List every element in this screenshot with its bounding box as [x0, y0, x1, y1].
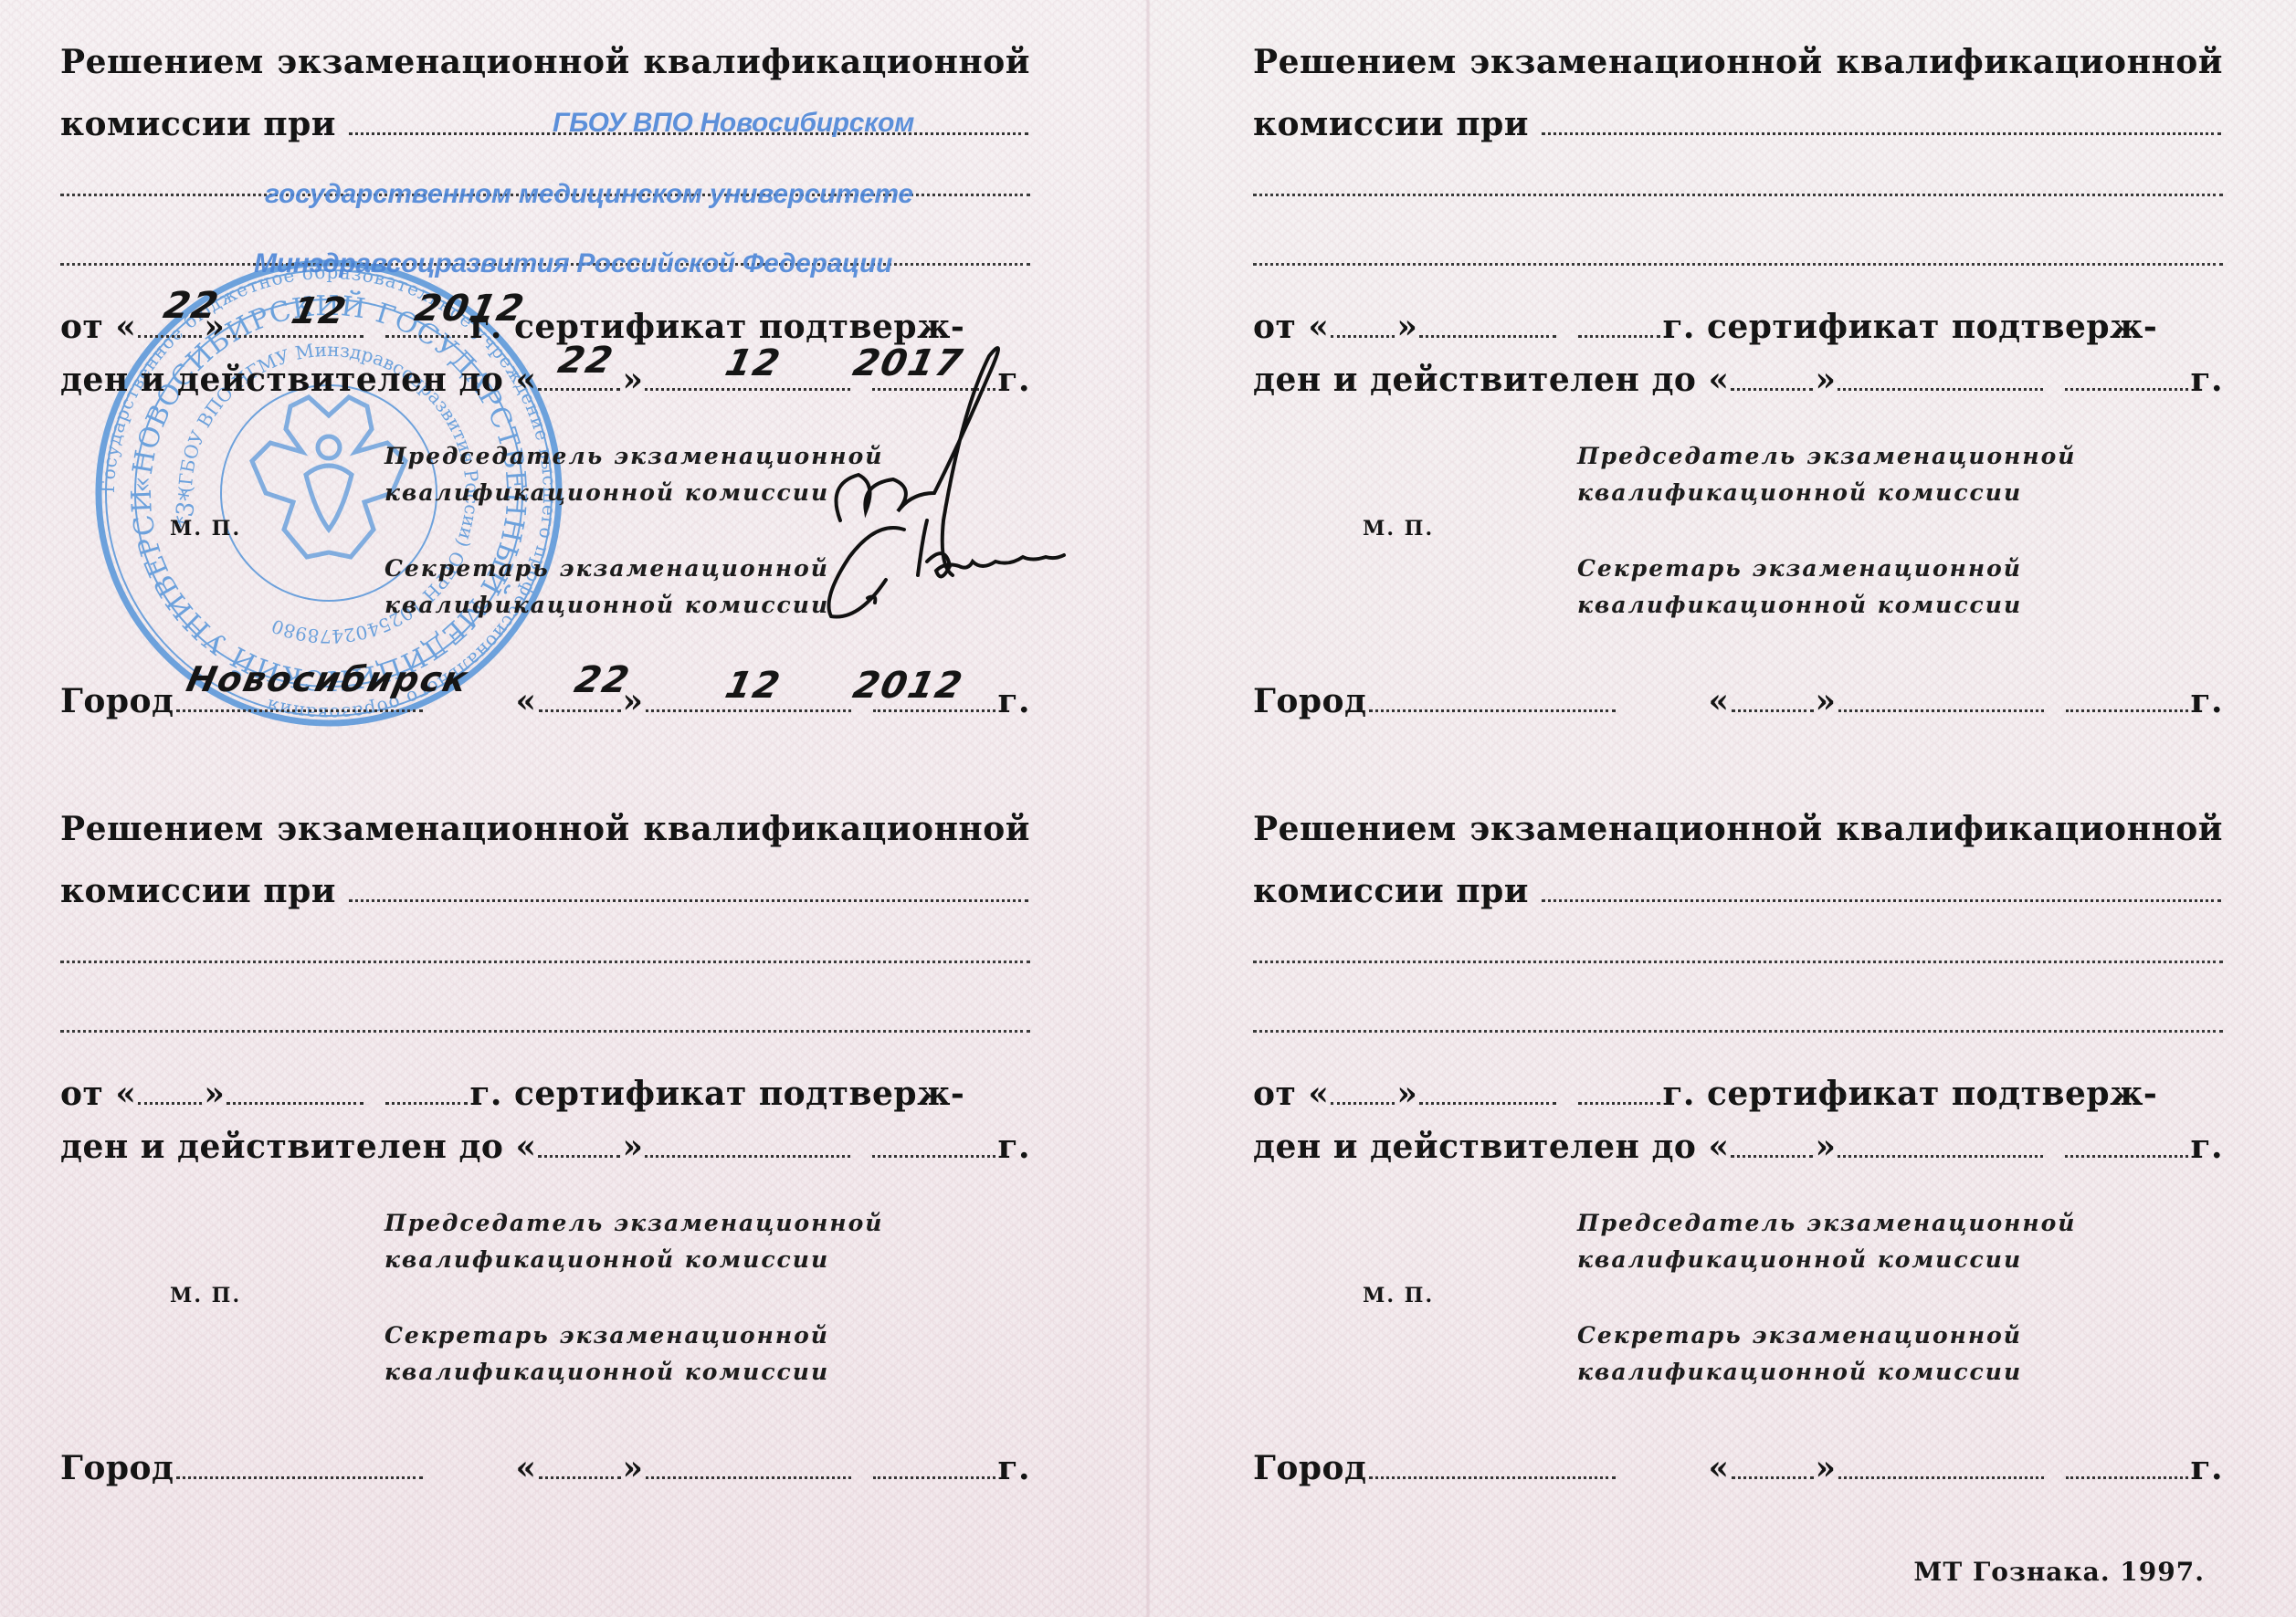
- form-heading: Решением экзаменационной квалификационно…: [60, 809, 1030, 849]
- from-year-field[interactable]: [1578, 1095, 1660, 1105]
- from-date-row: от « » г. сертификат подтверж-: [60, 1074, 1030, 1114]
- form-heading: Решением экзаменационной квалификационно…: [1253, 42, 2223, 82]
- from-month-field[interactable]: [1419, 328, 1556, 338]
- chairman-label-1: Председатель экзаменационной: [384, 1205, 883, 1242]
- chairman-label-1: Председатель экзаменационной: [1577, 438, 2076, 475]
- institution-value-2: государственном медицинском университете: [265, 179, 913, 210]
- institution-value-3: Минздравсоцразвития Российской Федерации: [254, 248, 892, 279]
- valid-day-field[interactable]: [1731, 381, 1813, 391]
- from-month-field[interactable]: [1419, 1095, 1556, 1105]
- from-year-value: 2012: [411, 288, 529, 330]
- city-year-field[interactable]: [2066, 1469, 2189, 1479]
- form-block-right-bottom: Решением экзаменационной квалификационно…: [1253, 803, 2223, 1534]
- from-year-field[interactable]: [1578, 328, 1660, 338]
- city-day-field[interactable]: [539, 1469, 621, 1479]
- from-day-field[interactable]: [138, 328, 202, 338]
- city-month-value: 12: [721, 665, 785, 707]
- institution-field-2[interactable]: [1253, 959, 2223, 963]
- institution-field-3[interactable]: [60, 1028, 1030, 1033]
- stamp-place-label: М. П.: [170, 1284, 241, 1307]
- chairman-label-2: квалификационной комиссии: [1577, 1242, 2022, 1278]
- from-day-value: 22: [160, 285, 223, 327]
- valid-year-field[interactable]: [2065, 1148, 2188, 1158]
- institution-field-2[interactable]: [1253, 192, 2223, 196]
- institution-field-3[interactable]: [1253, 261, 2223, 266]
- chairman-label-1: Председатель экзаменационной: [384, 438, 883, 475]
- city-field[interactable]: [176, 1469, 423, 1479]
- institution-field-1[interactable]: [349, 892, 1028, 902]
- valid-year-field[interactable]: [872, 1148, 995, 1158]
- printer-mark: МТ Гознака. 1997.: [1913, 1557, 2205, 1587]
- secretary-label-2: квалификационной комиссии: [1577, 1354, 2022, 1391]
- commission-at-row: комиссии при: [1253, 104, 2223, 144]
- stamp-place-label: М. П.: [170, 517, 241, 541]
- stamp-place-label: М. П.: [1363, 1284, 1434, 1307]
- secretary-label-2: квалификационной комиссии: [384, 1354, 829, 1391]
- city-year-value: 2012: [849, 665, 967, 707]
- city-day-field[interactable]: [539, 702, 621, 712]
- valid-month-field[interactable]: [1838, 381, 2043, 391]
- from-day-field[interactable]: [1331, 1095, 1395, 1105]
- from-year-field[interactable]: [385, 1095, 468, 1105]
- secretary-label-2: квалификационной комиссии: [1577, 587, 2022, 624]
- chairman-label-2: квалификационной комиссии: [384, 475, 829, 511]
- form-heading: Решением экзаменационной квалификационно…: [1253, 809, 2223, 849]
- chairman-label-1: Председатель экзаменационной: [1577, 1205, 2076, 1242]
- institution-field-1[interactable]: [1542, 892, 2221, 902]
- from-day-field[interactable]: [1331, 328, 1395, 338]
- secretary-label-2: квалификационной комиссии: [384, 587, 829, 624]
- institution-value-1: ГБОУ ВПО Новосибирском: [553, 108, 914, 139]
- commission-at-row: комиссии при: [1253, 871, 2223, 911]
- form-block-right-top: Решением экзаменационной квалификационно…: [1253, 37, 2223, 767]
- city-month-field[interactable]: [1838, 1469, 2044, 1479]
- secretary-label-1: Секретарь экзаменационной: [384, 1318, 829, 1354]
- city-field[interactable]: [1369, 1469, 1616, 1479]
- page-fold: [1145, 0, 1151, 1617]
- commission-at-row: комиссии при: [60, 871, 1030, 911]
- form-heading: Решением экзаменационной квалификационно…: [60, 42, 1030, 82]
- chairman-label-2: квалификационной комиссии: [384, 1242, 829, 1278]
- secretary-signature: [804, 511, 1096, 621]
- from-month-field[interactable]: [226, 1095, 363, 1105]
- secretary-label-1: Секретарь экзаменационной: [1577, 1318, 2022, 1354]
- from-date-row: от « » г. сертификат подтверж-: [1253, 1074, 2223, 1114]
- valid-day-value: 22: [554, 340, 617, 382]
- city-day-field[interactable]: [1732, 1469, 1814, 1479]
- valid-day-field[interactable]: [1731, 1148, 1813, 1158]
- city-field[interactable]: [176, 702, 423, 712]
- valid-month-field[interactable]: [645, 1148, 850, 1158]
- valid-day-field[interactable]: [538, 381, 620, 391]
- valid-month-field[interactable]: [1838, 1148, 2043, 1158]
- city-field[interactable]: [1369, 702, 1616, 712]
- chairman-label-2: квалификационной комиссии: [1577, 475, 2022, 511]
- secretary-label-1: Секретарь экзаменационной: [1577, 551, 2022, 587]
- city-date-row: Город « » г.: [60, 1448, 1030, 1488]
- city-day-value: 22: [571, 659, 634, 701]
- valid-until-row: ден и действителен до « » г.: [1253, 1127, 2223, 1167]
- city-date-row: Город « » г.: [1253, 1448, 2223, 1488]
- from-date-row: от « » г. сертификат подтверж-: [1253, 307, 2223, 347]
- form-block-left-bottom: Решением экзаменационной квалификационно…: [60, 803, 1030, 1534]
- city-year-field[interactable]: [873, 1469, 996, 1479]
- city-year-field[interactable]: [2066, 702, 2189, 712]
- valid-day-field[interactable]: [538, 1148, 620, 1158]
- valid-month-value: 12: [721, 342, 785, 384]
- secretary-label-1: Секретарь экзаменационной: [384, 551, 829, 587]
- from-day-field[interactable]: [138, 1095, 202, 1105]
- institution-field-2[interactable]: [60, 959, 1030, 963]
- city-month-field[interactable]: [646, 1469, 851, 1479]
- valid-year-field[interactable]: [2065, 381, 2188, 391]
- city-day-field[interactable]: [1732, 702, 1814, 712]
- institution-field-1[interactable]: [1542, 125, 2221, 135]
- institution-field-3[interactable]: [1253, 1028, 2223, 1033]
- city-month-field[interactable]: [1838, 702, 2044, 712]
- city-date-row: Город « » г.: [1253, 681, 2223, 721]
- from-month-value: 12: [288, 290, 351, 332]
- valid-until-row: ден и действителен до « » г.: [1253, 360, 2223, 400]
- city-value: Новосибирск: [183, 659, 472, 699]
- stamp-place-label: М. П.: [1363, 517, 1434, 541]
- valid-until-row: ден и действителен до « » г.: [60, 1127, 1030, 1167]
